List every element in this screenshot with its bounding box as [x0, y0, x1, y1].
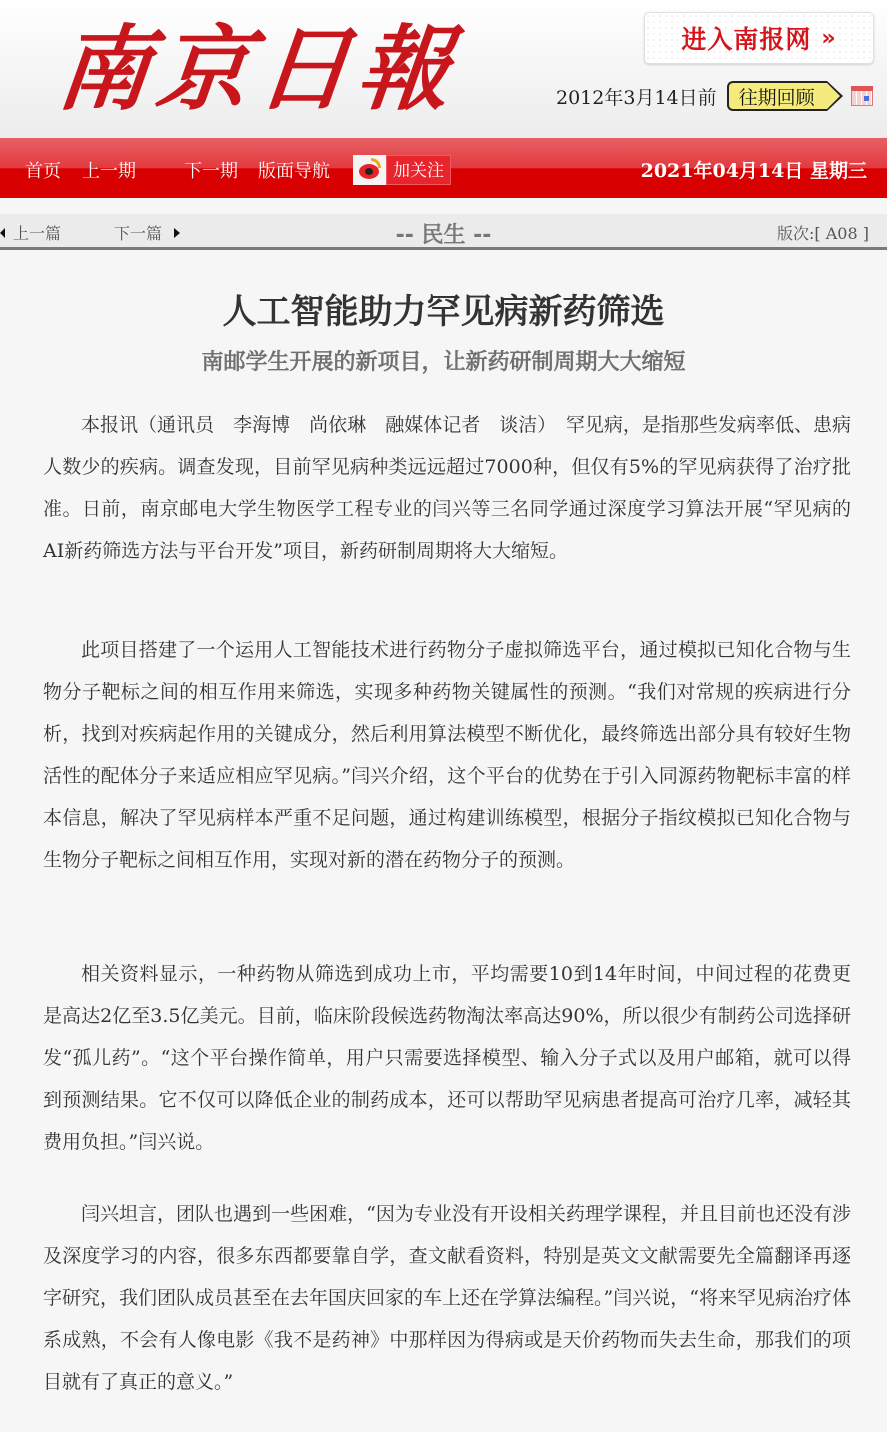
past-issues-button[interactable]: 往期回顾	[727, 81, 827, 111]
nav-previous-issue[interactable]: 上一期	[82, 157, 136, 183]
article-paragraph: 本报讯（通讯员 李海博 尚依琳 融媒体记者 谈洁） 罕见病，是指那些发病率低、患…	[43, 404, 851, 572]
archive-before-date: 2012年3月14日前	[556, 83, 717, 110]
calendar-icon[interactable]	[851, 86, 873, 106]
logo-char: 京	[153, 23, 257, 115]
article-nav-bar: 上一篇 下一篇 -- 民生 -- 版次:[ A08 ]	[0, 214, 887, 250]
enter-site-label: 进入南报网	[681, 20, 811, 56]
nav-page-navigation[interactable]: 版面导航	[258, 157, 330, 183]
past-issues-label: 往期回顾	[739, 83, 815, 110]
nav-next-issue[interactable]: 下一期	[184, 157, 238, 183]
site-header: 南 京 日 報 进入南报网 » 2012年3月14日前 往期回顾	[0, 0, 887, 138]
section-name: -- 民生 --	[0, 218, 887, 249]
article-paragraph: 相关资料显示，一种药物从筛选到成功上市，平均需要10到14年时间，中间过程的花费…	[43, 953, 851, 1163]
article-subtitle: 南邮学生开展的新项目，让新药研制周期大大缩短	[0, 345, 887, 376]
logo-char: 日	[253, 23, 357, 115]
enter-nanbao-site-button[interactable]: 进入南报网 »	[644, 12, 874, 64]
double-chevron-right-icon: »	[821, 26, 836, 51]
page-number: 版次:[ A08 ]	[777, 221, 869, 244]
main-navbar: 首页 上一期 下一期 版面导航 加关注 2021年04月14日 星期三	[0, 138, 887, 198]
weibo-follow-button[interactable]: 加关注	[353, 155, 451, 185]
logo-char: 南	[53, 23, 157, 115]
follow-label: 加关注	[386, 155, 451, 185]
issue-date: 2021年04月14日 星期三	[641, 156, 867, 183]
article-title: 人工智能助力罕见病新药筛选	[0, 284, 887, 333]
article-paragraph: 闫兴坦言，团队也遇到一些困难，“因为专业没有开设相关药理学课程，并且目前也还没有…	[43, 1193, 851, 1403]
weibo-icon	[353, 155, 386, 185]
archive-row: 2012年3月14日前 往期回顾	[556, 80, 873, 112]
nanjing-daily-logo[interactable]: 南 京 日 報	[51, 4, 459, 134]
article-paragraph: 此项目搭建了一个运用人工智能技术进行药物分子虚拟筛选平台，通过模拟已知化合物与生…	[43, 629, 851, 881]
logo-char: 報	[353, 23, 457, 115]
nav-home[interactable]: 首页	[25, 157, 61, 183]
